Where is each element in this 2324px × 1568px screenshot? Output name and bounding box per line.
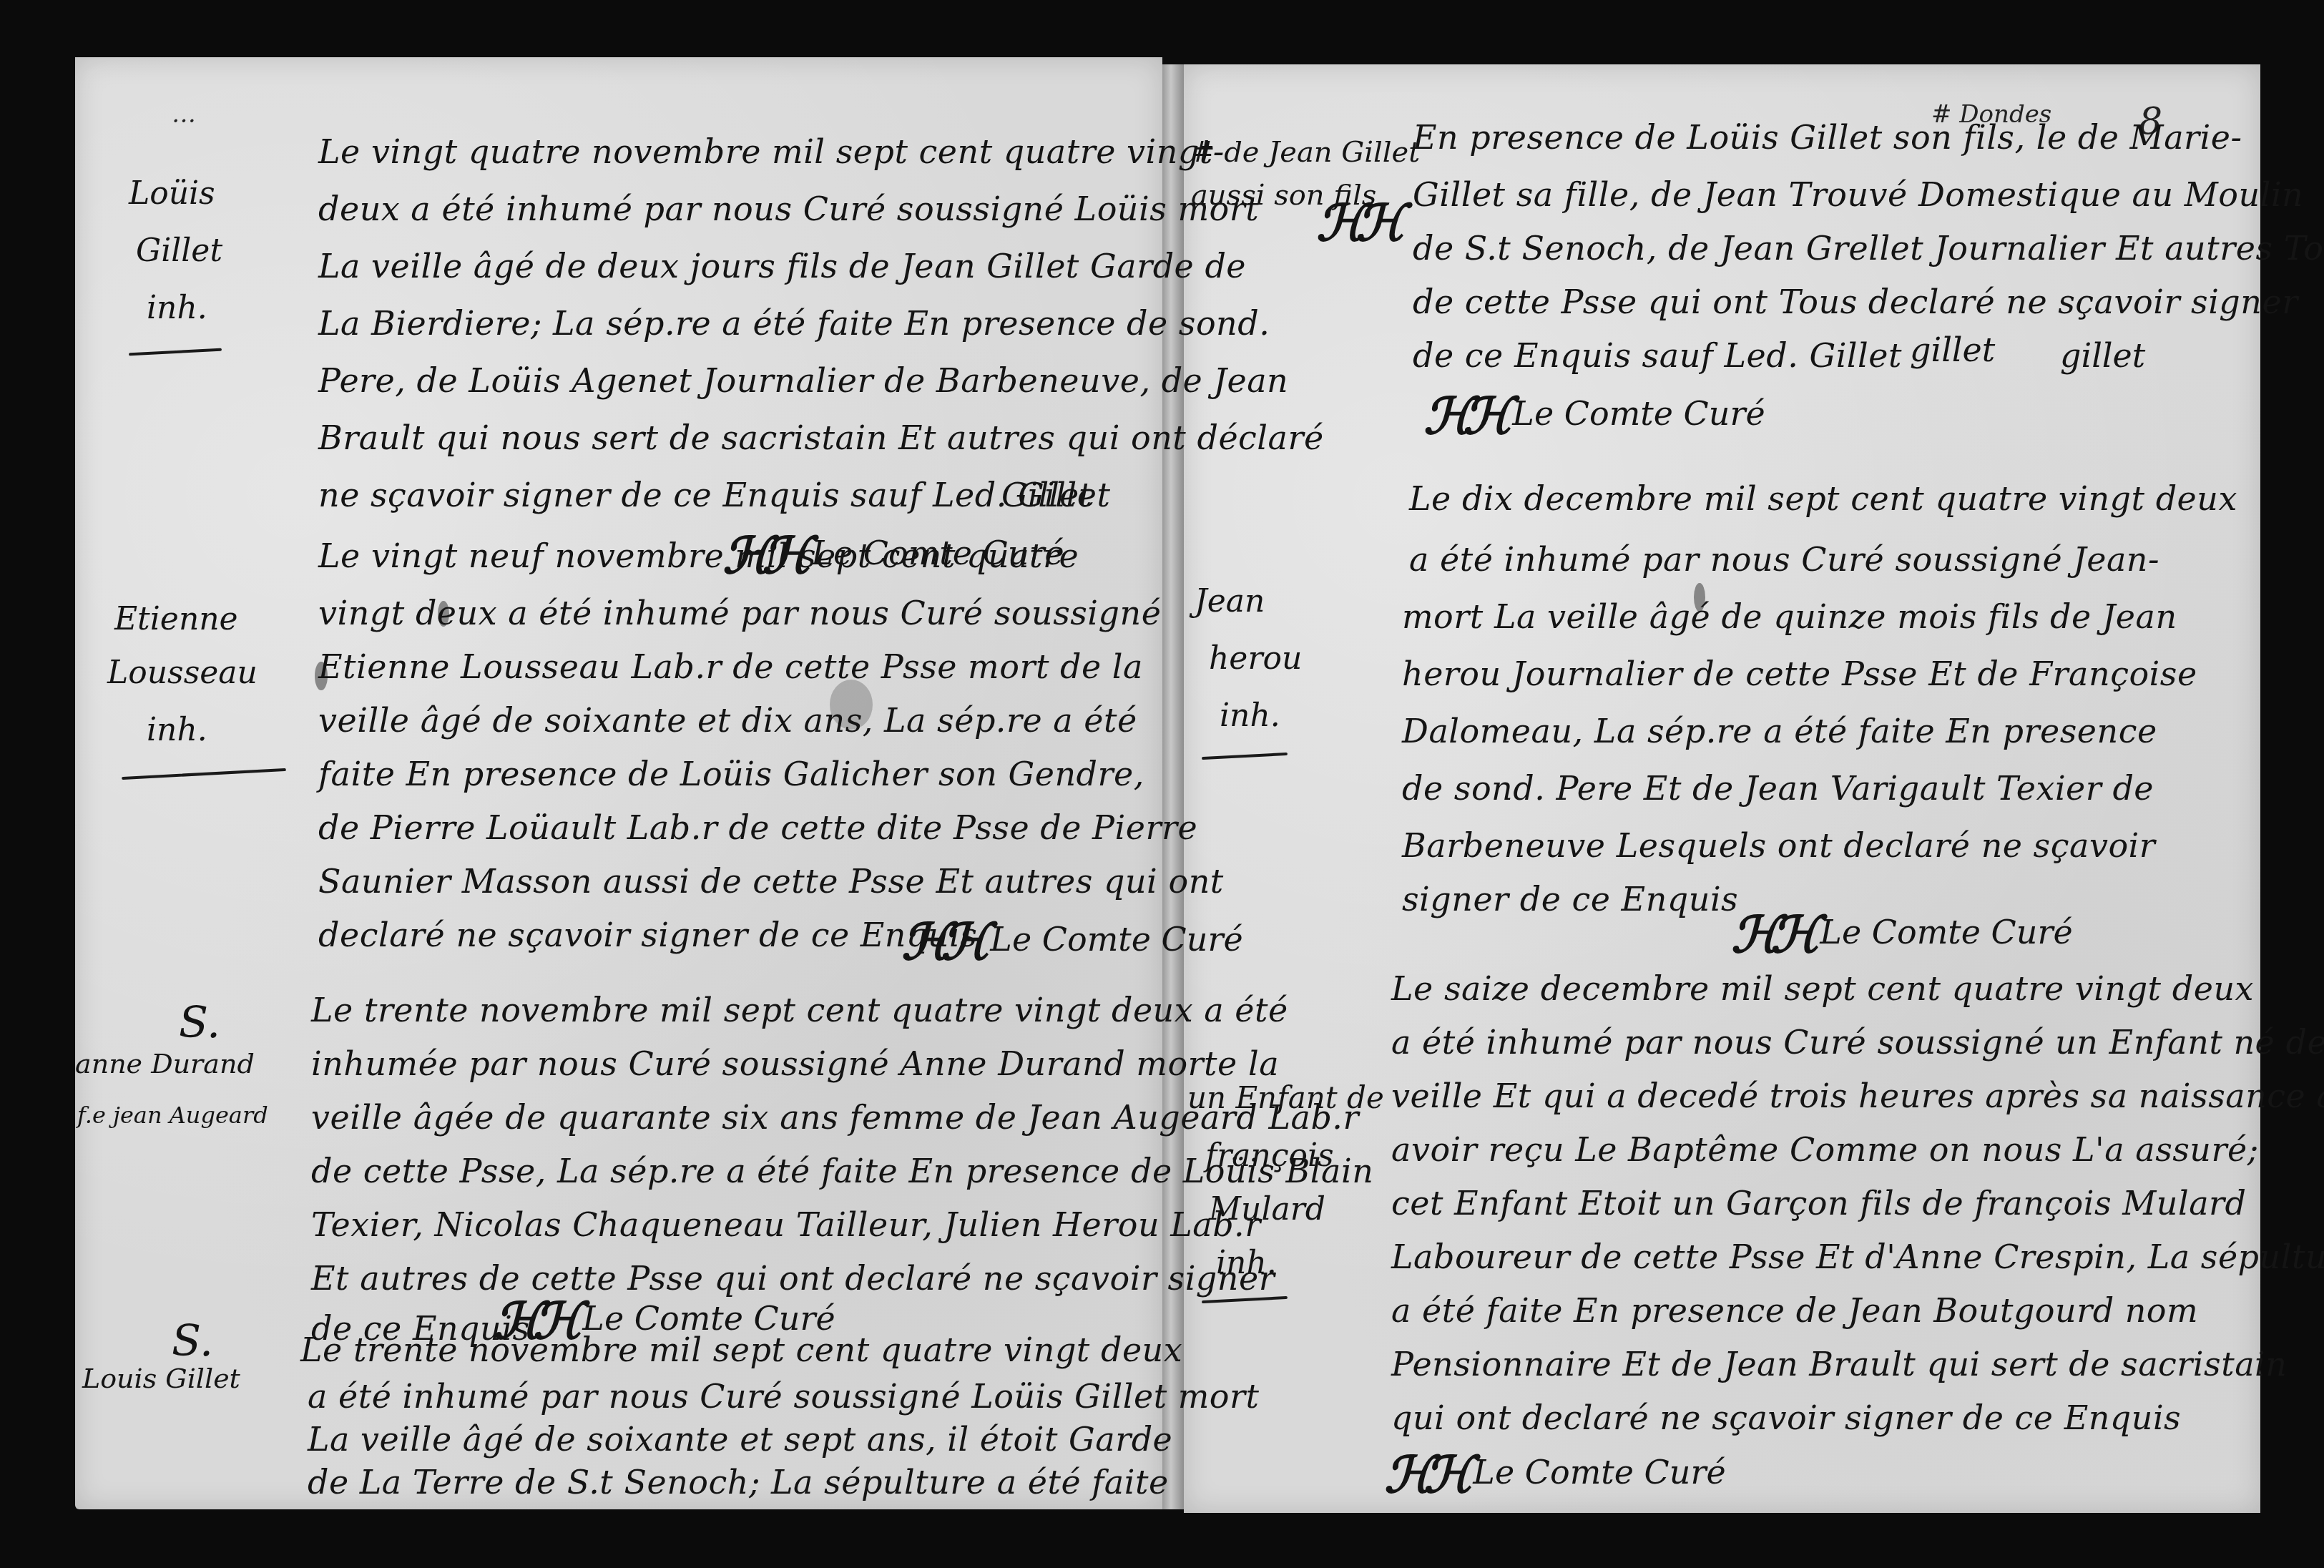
- text-line: Barbeneuve Lesquels ont declaré ne sçavo…: [1402, 826, 2155, 865]
- header-mark: …: [172, 100, 196, 129]
- text-line: declaré ne sçavoir signer de ce Enquis: [318, 916, 977, 954]
- margin-status: inh.: [147, 290, 207, 326]
- margin-status: inh.: [147, 712, 207, 748]
- signature-flourish-icon: ℋℋ: [1731, 905, 1810, 964]
- text-line: veille Et qui a decedé trois heures aprè…: [1391, 1077, 2324, 1115]
- margin-name: françois: [1205, 1137, 1334, 1174]
- witness-signature: gillet: [1910, 330, 1995, 369]
- margin-name: Lousseau: [107, 655, 258, 691]
- margin-name: herou: [1209, 640, 1302, 677]
- text-line: a été inhumé par nous Curé soussigné un …: [1391, 1023, 2324, 1062]
- text-line: Le trente novembre mil sept cent quatre …: [300, 1331, 1182, 1369]
- text-line: de Pierre Loüault Lab.r de cette dite Ps…: [318, 808, 1197, 847]
- text-line: Brault qui nous sert de sacristain Et au…: [318, 418, 1324, 457]
- text-line: de ce Enquis sauf Led. Gillet: [1413, 336, 1902, 375]
- margin-name: anne Durand: [75, 1048, 255, 1079]
- margin-name: Gillet: [136, 232, 222, 269]
- text-line: veille âgé de soixante et dix ans, La sé…: [318, 701, 1137, 740]
- text-line: Dalomeau, La sép.re a été faite En prese…: [1402, 712, 2157, 750]
- text-line: qui ont declaré ne sçavoir signer de ce …: [1391, 1398, 2181, 1437]
- margin-name: un Enfant de: [1187, 1080, 1384, 1115]
- signature-flourish-icon: ℋℋ: [901, 912, 980, 971]
- text-line: Gillet sa fille, de Jean Trouvé Domestiq…: [1413, 175, 2303, 214]
- margin-spouse: f.e jean Augeard: [77, 1102, 268, 1129]
- cure-signature: ℋℋLe Comte Curé: [1423, 386, 1765, 446]
- cure-signature: ℋℋLe Comte Curé: [1731, 905, 2073, 964]
- text-line: faite En presence de Loüis Galicher son …: [318, 755, 1144, 793]
- text-line: Texier, Nicolas Chaqueneau Tailleur, Jul…: [311, 1205, 1261, 1244]
- margin-name: Mulard: [1209, 1191, 1325, 1228]
- witness-signature: gillet: [2060, 336, 2145, 375]
- signature-text: Le Comte Curé: [1473, 1453, 1725, 1491]
- text-line: Pere, de Loüis Agenet Journalier de Barb…: [318, 361, 1288, 400]
- text-line: Laboureur de cette Psse Et d'Anne Crespi…: [1391, 1238, 2324, 1276]
- text-line: Le vingt quatre novembre mil sept cent q…: [318, 132, 1225, 171]
- text-line: Le trente novembre mil sept cent quatre …: [311, 991, 1288, 1029]
- text-line: Pensionnaire Et de Jean Brault qui sert …: [1391, 1345, 2287, 1383]
- margin-name: Louis Gillet: [82, 1363, 240, 1394]
- text-line: a été faite En presence de Jean Boutgour…: [1391, 1291, 2198, 1330]
- signature-text: Le Comte Curé: [1820, 913, 2072, 951]
- signature-text: Le Comte Curé: [1512, 394, 1765, 433]
- text-line: inhumée par nous Curé soussigné Anne Dur…: [311, 1044, 1279, 1083]
- text-line: La Bierdiere; La sép.re a été faite En p…: [318, 304, 1270, 343]
- text-line: a été inhumé par nous Curé soussigné Loü…: [308, 1377, 1260, 1416]
- text-line: avoir reçu Le Baptême Comme on nous L'a …: [1391, 1130, 2259, 1169]
- margin-status: inh.: [1220, 697, 1280, 734]
- margin-name: Jean: [1195, 583, 1265, 619]
- text-line: Saunier Masson aussi de cette Psse Et au…: [318, 862, 1224, 901]
- text-line: de sond. Pere Et de Jean Varigault Texie…: [1402, 769, 2154, 808]
- text-line: herou Journalier de cette Psse Et de Fra…: [1402, 655, 2197, 693]
- text-line: deux a été inhumé par nous Curé soussign…: [318, 190, 1259, 228]
- margin-name: Etienne: [114, 601, 238, 637]
- margin-status: inh.: [1216, 1245, 1277, 1281]
- text-line: Etienne Lousseau Lab.r de cette Psse mor…: [318, 647, 1143, 686]
- margin-mark: S.: [179, 998, 220, 1048]
- signature-flourish-icon: ℋℋ: [1384, 1445, 1463, 1504]
- text-line: ne sçavoir signer de ce Enquis sauf Led.…: [318, 476, 1110, 514]
- text-line: a été inhumé par nous Curé soussigné Jea…: [1409, 540, 2159, 579]
- signature-text: Le Comte Curé: [990, 920, 1242, 959]
- signature-flourish-icon: ℋℋ: [1316, 193, 1395, 253]
- text-line: Le dix decembre mil sept cent quatre vin…: [1409, 479, 2237, 518]
- witness-signature: Gillet: [1001, 476, 1092, 514]
- text-line: de La Terre de S.t Senoch; La sépulture …: [308, 1463, 1169, 1501]
- text-line: vingt deux a été inhumé par nous Curé so…: [318, 594, 1161, 632]
- margin-name: Loüis: [129, 175, 215, 212]
- text-line: cet Enfant Etoit un Garçon fils de franç…: [1391, 1184, 2247, 1222]
- text-line: La veille âgé de soixante et sept ans, i…: [308, 1420, 1172, 1459]
- text-line: En presence de Loüis Gillet son fils, le…: [1413, 118, 2242, 157]
- cure-signature: ℋℋLe Comte Curé: [901, 912, 1243, 971]
- signature-flourish-icon: ℋℋ: [1423, 386, 1502, 446]
- text-line: La veille âgé de deux jours fils de Jean…: [318, 247, 1246, 285]
- margin-flourish: ℋℋ: [1316, 193, 1405, 253]
- margin-mark: S.: [172, 1316, 213, 1366]
- margin-note: # de Jean Gillet: [1191, 136, 1420, 169]
- text-line: de cette Psse qui ont Tous declaré ne sç…: [1413, 283, 2298, 321]
- text-line: mort La veille âgé de quinze mois fils d…: [1402, 597, 2177, 636]
- cure-signature: ℋℋLe Comte Curé: [1384, 1445, 1726, 1504]
- text-line: Le saize decembre mil sept cent quatre v…: [1391, 969, 2254, 1008]
- text-line: signer de ce Enquis: [1402, 880, 1738, 918]
- text-line: de S.t Senoch, de Jean Grellet Journalie…: [1413, 229, 2324, 268]
- text-line: Le vingt neuf novembre mil sept cent qua…: [318, 536, 1079, 575]
